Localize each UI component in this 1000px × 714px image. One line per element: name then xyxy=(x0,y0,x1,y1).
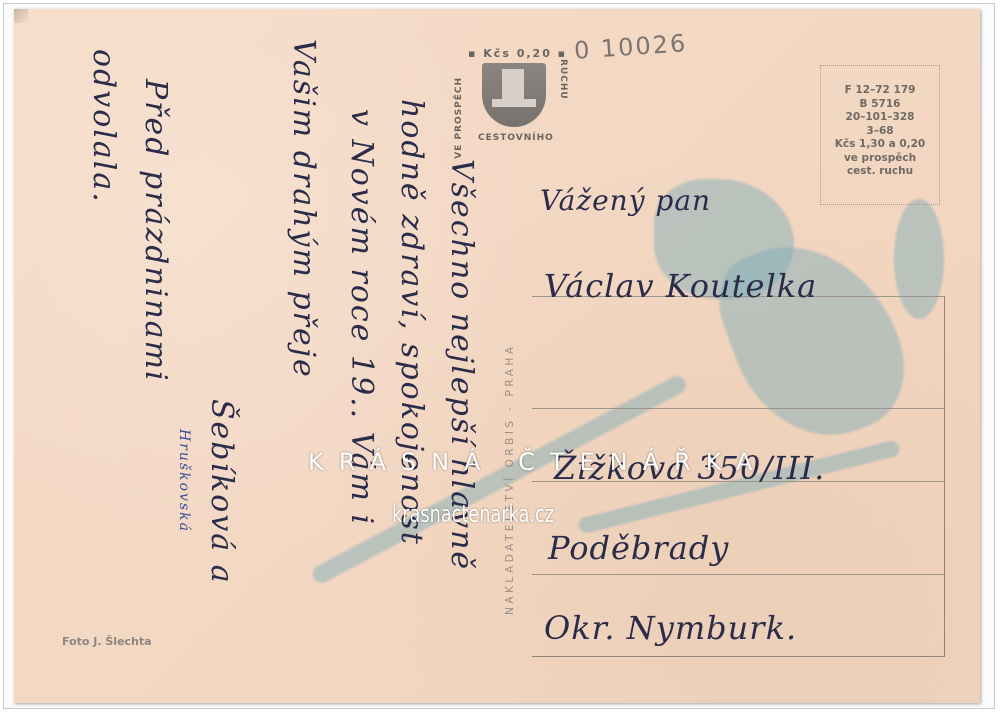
message-line: Šebíková a xyxy=(204,399,239,585)
stamp-text-right: RUCHU xyxy=(558,59,568,100)
address-line xyxy=(532,574,944,575)
address-name: Václav Koutelka xyxy=(544,267,817,305)
address-line xyxy=(532,408,944,409)
signature-note: Hruškovská xyxy=(176,429,192,533)
info-line: B 5716 xyxy=(821,98,939,112)
message-line: odvolala. xyxy=(86,49,121,204)
stamp-text-left: VE PROSPĚCH xyxy=(454,77,464,159)
message-line: Vašim drahým přeje xyxy=(286,39,321,379)
address-district: Okr. Nymburk. xyxy=(544,609,797,647)
info-line: F 12–72 179 xyxy=(821,84,939,98)
watermark-title: KRÁSNÁ ČTENÁŘKA xyxy=(308,448,767,476)
stamp-info-box: F 12–72 179 B 5716 20–101–328 3–68 Kčs 1… xyxy=(820,65,940,205)
watermark-url: krasnactenarka.cz xyxy=(392,500,554,528)
corner-wear xyxy=(14,9,28,23)
info-line: cest. ruchu xyxy=(821,165,939,179)
postcard-back: ▪ Kčs 0,20 ▪ VE PROSPĚCH CESTOVNÍHO RUCH… xyxy=(14,9,980,703)
info-line: 20–101–328 xyxy=(821,111,939,125)
stamp-text-bottom: CESTOVNÍHO xyxy=(478,133,554,143)
address-salutation: Vážený pan xyxy=(540,184,711,217)
stamp-emblem: ▪ Kčs 0,20 ▪ VE PROSPĚCH CESTOVNÍHO RUCH… xyxy=(454,47,584,157)
publisher-line: NAKLADATELSTVÍ ORBIS - PRAHA xyxy=(504,299,516,659)
info-line: 3–68 xyxy=(821,125,939,139)
catalog-number: 0 10026 xyxy=(573,29,688,65)
message-line: hodně zdraví, spokojenost xyxy=(394,99,429,546)
photo-credit: Foto J. Šlechta xyxy=(62,635,152,648)
stamp-price: ▪ Kčs 0,20 ▪ xyxy=(468,47,567,60)
info-line: Kčs 1,30 a 0,20 xyxy=(821,138,939,152)
message-line: Před prázdninami xyxy=(138,79,173,383)
castle-icon xyxy=(482,63,546,127)
address-city: Poděbrady xyxy=(548,529,729,567)
info-line: ve prospěch xyxy=(821,152,939,166)
